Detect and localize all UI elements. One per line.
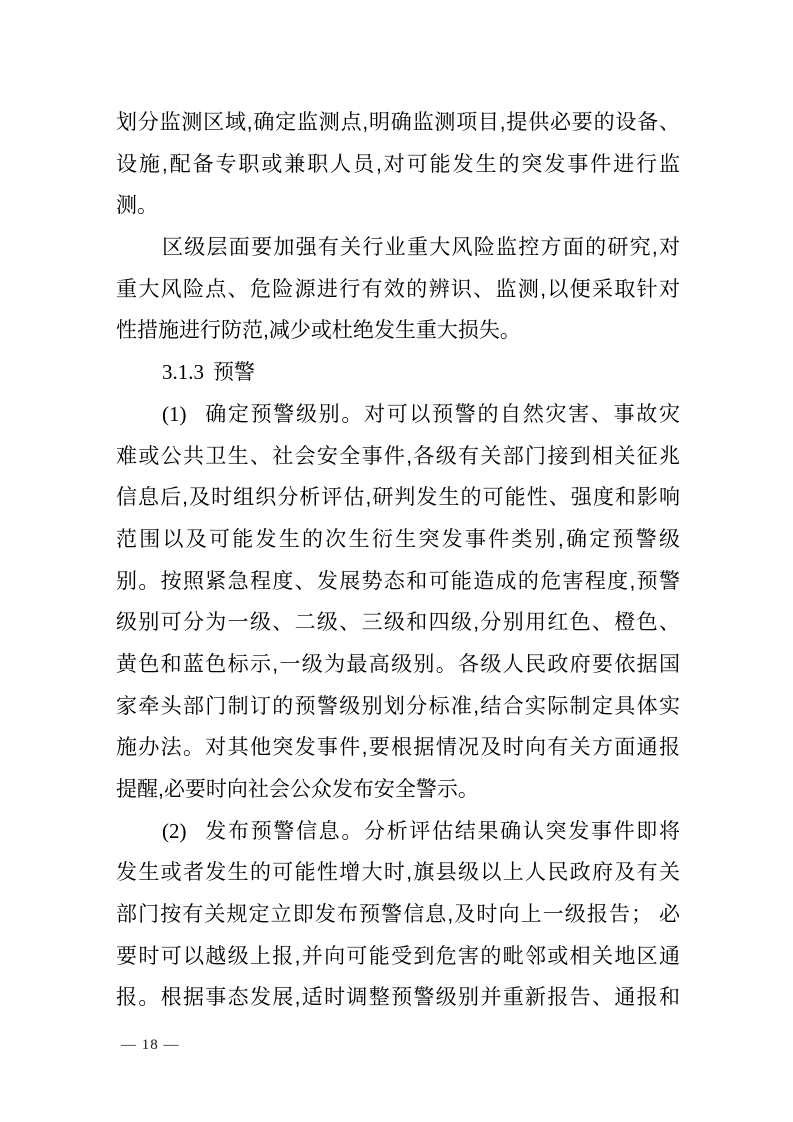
paragraph: (2)发布预警信息。分析评估结果确认突发事件即将发生或者发生的可能性增大时,旗县… [116,811,680,1019]
text-line: 性措施进行防范,减少或杜绝发生重大损失。 [116,310,680,352]
text-line: (1)确定预警级别。对可以预警的自然灾害、事故灾 [116,394,680,436]
section-heading: 3.1.3预警 [116,352,680,394]
text-line: 部门按有关规定立即发布预警信息,及时向上一级报告； 必 [116,894,680,936]
text-line: 级别可分为一级、二级、三级和四级,分别用红色、橙色、 [116,602,680,644]
text-line: 设施,配备专职或兼职人员,对可能发生的突发事件进行监 [116,144,680,186]
line-text: 预警 [213,361,255,384]
text-line: 3.1.3预警 [116,352,680,394]
text-line: 信息后,及时组织分析评估,研判发生的可能性、强度和影响 [116,477,680,519]
text-line: 黄色和蓝色标示,一级为最高级别。各级人民政府要依据国 [116,644,680,686]
page-footer: — 18 — [121,1036,180,1054]
text-line: 重大风险点、危险源进行有效的辨识、监测,以便采取针对 [116,269,680,311]
text-line: 报。根据事态发展,适时调整预警级别并重新报告、通报和 [116,977,680,1019]
heading-number: 3.1.3 [162,360,204,384]
text-line: 划分监测区域,确定监测点,明确监测项目,提供必要的设备、 [116,102,680,144]
text-line: 施办法。对其他突发事件,要根据情况及时向有关方面通报 [116,727,680,769]
line-text: 确定预警级别。对可以预警的自然灾害、事故灾 [204,403,681,426]
text-line: 范围以及可能发生的次生衍生突发事件类别,确定预警级 [116,519,680,561]
document-page: 划分监测区域,确定监测点,明确监测项目,提供必要的设备、设施,配备专职或兼职人员… [0,0,793,1122]
list-marker: (2) [162,819,187,843]
paragraph: 划分监测区域,确定监测点,明确监测项目,提供必要的设备、设施,配备专职或兼职人员… [116,102,680,227]
text-line: 要时可以越级上报,并向可能受到危害的毗邻或相关地区通 [116,936,680,978]
document-body: 划分监测区域,确定监测点,明确监测项目,提供必要的设备、设施,配备专职或兼职人员… [116,102,680,1019]
text-line: 区级层面要加强有关行业重大风险监控方面的研究,对 [116,227,680,269]
text-line: 提醒,必要时向社会公众发布安全警示。 [116,769,680,811]
text-line: 家牵头部门制订的预警级别划分标准,结合实际制定具体实 [116,686,680,728]
list-marker: (1) [162,402,187,426]
text-line: 测。 [116,185,680,227]
paragraph: (1)确定预警级别。对可以预警的自然灾害、事故灾难或公共卫生、社会安全事件,各级… [116,394,680,811]
text-line: (2)发布预警信息。分析评估结果确认突发事件即将 [116,811,680,853]
line-text: 发布预警信息。分析评估结果确认突发事件即将 [204,820,681,843]
text-line: 发生或者发生的可能性增大时,旗县级以上人民政府及有关 [116,852,680,894]
text-line: 难或公共卫生、社会安全事件,各级有关部门接到相关征兆 [116,436,680,478]
paragraph: 区级层面要加强有关行业重大风险监控方面的研究,对重大风险点、危险源进行有效的辨识… [116,227,680,352]
page-number: — 18 — [121,1037,180,1053]
text-line: 别。按照紧急程度、发展势态和可能造成的危害程度,预警 [116,561,680,603]
